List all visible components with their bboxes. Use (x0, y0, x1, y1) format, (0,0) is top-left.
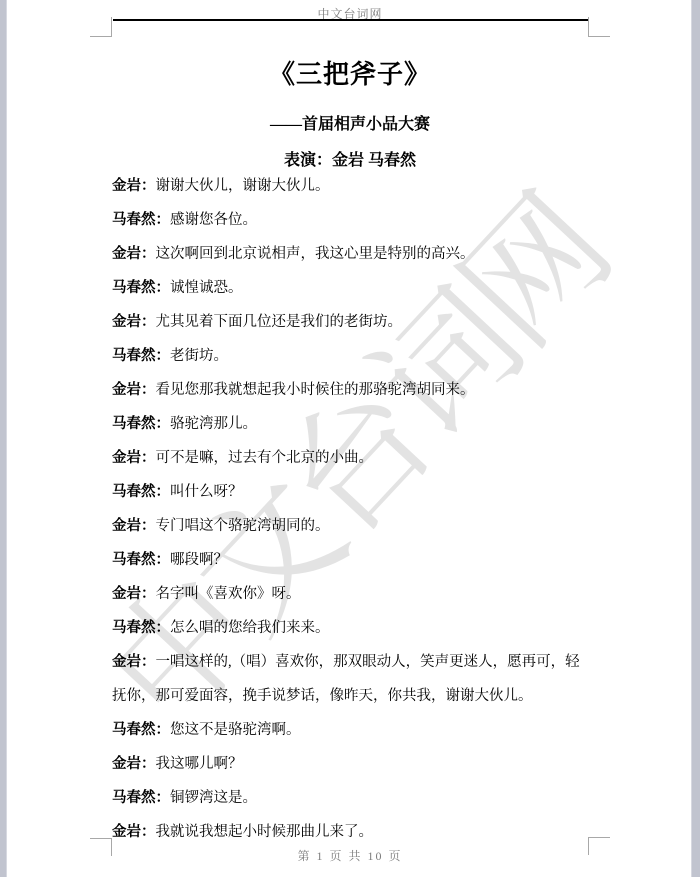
dialogue-line: 金岩：谢谢大伙儿，谢谢大伙儿。 (112, 169, 590, 203)
speaker-name: 金岩： (112, 586, 156, 602)
crop-mark-top-left (90, 17, 112, 37)
doc-subtitle: ——首届相声小品大赛 (0, 111, 700, 134)
dialogue-line: 马春然：叫什么呀？ (112, 475, 590, 509)
speaker-name: 马春然： (112, 416, 170, 432)
speaker-name: 金岩： (112, 824, 156, 840)
document-page: 中文台词网 中文台词网 《三把斧子》 ——首届相声小品大赛 表演：金岩 马春然 … (0, 0, 700, 877)
speaker-name: 马春然： (112, 484, 170, 500)
doc-title: 《三把斧子》 (0, 54, 700, 91)
dialogue-text: 您这不是骆驼湾啊。 (170, 722, 301, 738)
dialogue-text: 我这哪儿啊？ (156, 756, 243, 772)
speaker-name: 马春然： (112, 790, 170, 806)
dialogue-line: 马春然：诚惶诚恐。 (112, 271, 590, 305)
dialogue-list: 金岩：谢谢大伙儿，谢谢大伙儿。 马春然：感谢您各位。 金岩：这次啊回到北京说相声… (112, 169, 590, 849)
speaker-name: 马春然： (112, 620, 170, 636)
dialogue-text: 名字叫《喜欢你》呀。 (156, 586, 301, 602)
dialogue-text: 专门唱这个骆驼湾胡同的。 (156, 518, 330, 534)
speaker-name: 金岩： (112, 246, 156, 262)
page-edge-right (691, 0, 700, 877)
speaker-name: 马春然： (112, 552, 170, 568)
dialogue-text: 叫什么呀？ (170, 484, 243, 500)
document-body: 《三把斧子》 ——首届相声小品大赛 表演：金岩 马春然 金岩：谢谢大伙儿，谢谢大… (0, 0, 700, 877)
speaker-name: 金岩： (112, 178, 156, 194)
dialogue-text: 这次啊回到北京说相声，我这心里是特别的高兴。 (156, 246, 475, 262)
speaker-name: 马春然： (112, 722, 170, 738)
dialogue-line: 马春然：哪段啊？ (112, 543, 590, 577)
dialogue-line: 马春然：怎么唱的您给我们来来。 (112, 611, 590, 645)
page-edge-left (0, 0, 7, 877)
doc-performers: 表演：金岩 马春然 (0, 147, 700, 170)
dialogue-line: 金岩：看见您那我就想起我小时候住的那骆驼湾胡同来。 (112, 373, 590, 407)
speaker-name: 金岩： (112, 450, 156, 466)
speaker-name: 马春然： (112, 280, 170, 296)
dialogue-line: 马春然：骆驼湾那儿。 (112, 407, 590, 441)
dialogue-text: 哪段啊？ (170, 552, 228, 568)
crop-mark-top-right (588, 17, 610, 37)
dialogue-text: 一唱这样的,（唱）喜欢你，那双眼动人，笑声更迷人，愿再可，轻抚你，那可爱面容，挽… (112, 654, 580, 704)
dialogue-text: 感谢您各位。 (170, 212, 257, 228)
dialogue-text: 铜锣湾这是。 (170, 790, 257, 806)
dialogue-line: 金岩：可不是嘛，过去有个北京的小曲。 (112, 441, 590, 475)
dialogue-line: 金岩：一唱这样的,（唱）喜欢你，那双眼动人，笑声更迷人，愿再可，轻抚你，那可爱面… (112, 645, 590, 713)
dialogue-line: 金岩：这次啊回到北京说相声，我这心里是特别的高兴。 (112, 237, 590, 271)
dialogue-text: 我就说我想起小时候那曲儿来了。 (156, 824, 374, 840)
dialogue-line: 金岩：尤其见着下面几位还是我们的老街坊。 (112, 305, 590, 339)
dialogue-text: 谢谢大伙儿，谢谢大伙儿。 (156, 178, 330, 194)
dialogue-line: 金岩：名字叫《喜欢你》呀。 (112, 577, 590, 611)
dialogue-text: 可不是嘛，过去有个北京的小曲。 (156, 450, 374, 466)
dialogue-line: 金岩：专门唱这个骆驼湾胡同的。 (112, 509, 590, 543)
dialogue-text: 诚惶诚恐。 (170, 280, 243, 296)
speaker-name: 金岩： (112, 756, 156, 772)
dialogue-line: 马春然：您这不是骆驼湾啊。 (112, 713, 590, 747)
dialogue-line: 马春然：感谢您各位。 (112, 203, 590, 237)
speaker-name: 马春然： (112, 348, 170, 364)
speaker-name: 金岩： (112, 654, 156, 670)
dialogue-line: 马春然：铜锣湾这是。 (112, 781, 590, 815)
dialogue-line: 金岩：我就说我想起小时候那曲儿来了。 (112, 815, 590, 849)
dialogue-line: 马春然：老街坊。 (112, 339, 590, 373)
dialogue-line: 金岩：我这哪儿啊？ (112, 747, 590, 781)
dialogue-text: 骆驼湾那儿。 (170, 416, 257, 432)
page-footer: 第 1 页 共 10 页 (0, 847, 700, 864)
dialogue-text: 老街坊。 (170, 348, 228, 364)
dialogue-text: 尤其见着下面几位还是我们的老街坊。 (156, 314, 403, 330)
speaker-name: 金岩： (112, 382, 156, 398)
dialogue-text: 看见您那我就想起我小时候住的那骆驼湾胡同来。 (156, 382, 475, 398)
speaker-name: 马春然： (112, 212, 170, 228)
dialogue-text: 怎么唱的您给我们来来。 (170, 620, 330, 636)
speaker-name: 金岩： (112, 518, 156, 534)
header-rule-line (113, 19, 588, 21)
speaker-name: 金岩： (112, 314, 156, 330)
